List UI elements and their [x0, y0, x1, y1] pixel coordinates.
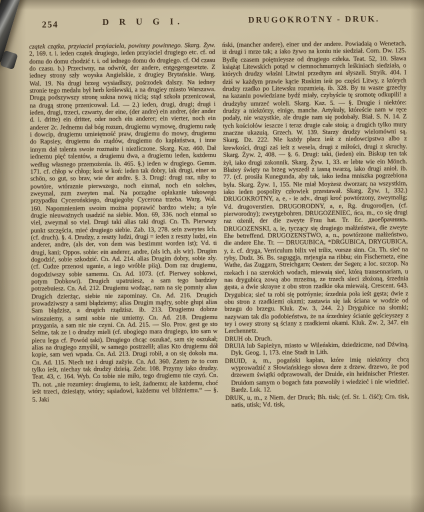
- entry-druk: DRUK, u, m., z Niem. der Druck; Bh. tisk…: [225, 393, 409, 409]
- running-head-right: DRUGOKROTNY - DRUK.: [220, 13, 408, 25]
- entry-druid: DRUID, a, m., pogański kapłan, które imi…: [225, 356, 409, 394]
- right-column: ński, (mancher andere), einer und der an…: [222, 40, 410, 478]
- right-column-text-continuation: ński, (mancher andere), einer und der an…: [222, 40, 409, 335]
- page-content: 254 D R U G I. DRUGOKROTNY - DRUK. cząte…: [0, 0, 424, 512]
- scanned-book-page: 254 D R U G I. DRUGOKROTNY - DRUK. cząte…: [0, 0, 424, 512]
- page-number: 254: [42, 19, 59, 29]
- left-column: czątek czątka, przyiaciel przyiaciela, p…: [29, 42, 219, 480]
- left-column-text: czątek czątka, przyiaciel przyiaciela, p…: [29, 42, 218, 403]
- entry-druia: DRUIA lub Sapieżyn, miasto w Wileńskim, …: [225, 341, 409, 357]
- running-head-left: D R U G I.: [68, 16, 218, 27]
